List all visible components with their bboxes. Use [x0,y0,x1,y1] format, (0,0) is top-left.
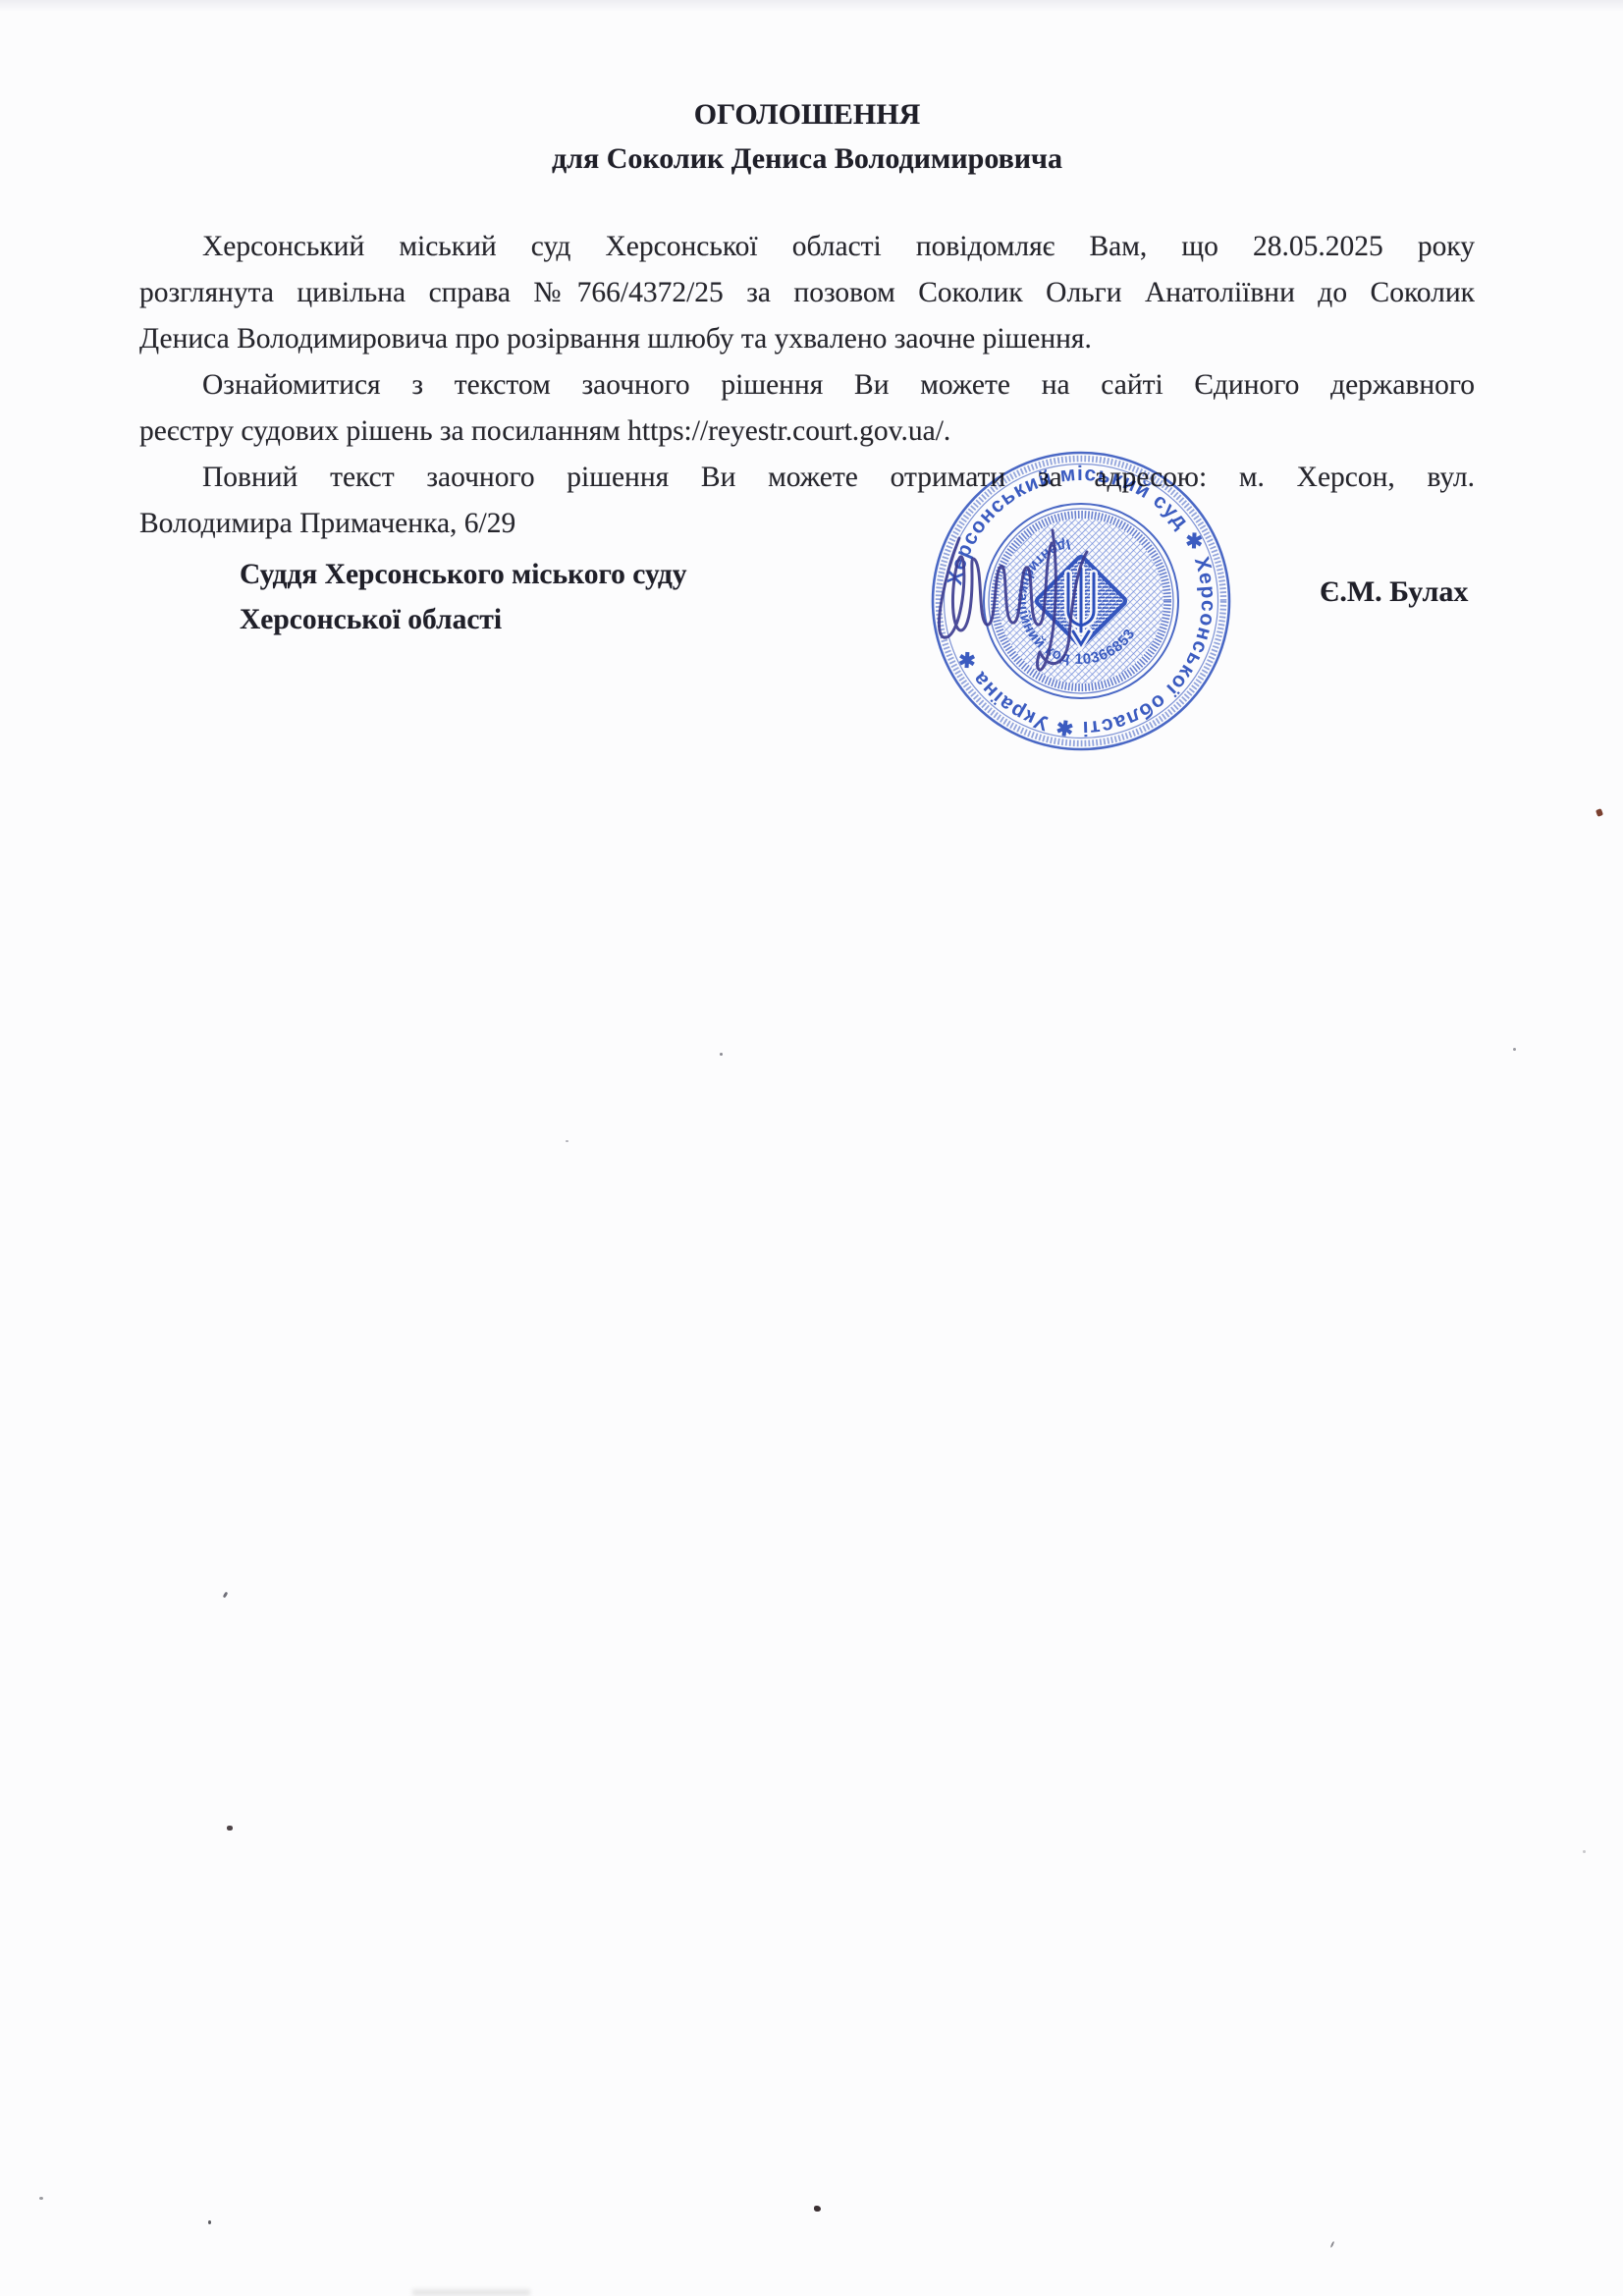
judge-role-line1: Суддя Херсонського міського суду [240,552,687,597]
body-line: Ознайомитися з текстом заочного рішення … [139,362,1475,409]
scanned-document-page: ОГОЛОШЕННЯ для Соколик Дениса Володимиро… [0,0,1623,2296]
body-line: Херсонський міський суд Херсонської обла… [139,224,1475,270]
judge-role: Суддя Херсонського міського суду Херсонс… [240,552,687,642]
document-title: ОГОЛОШЕННЯ [139,98,1475,132]
document-body: Херсонський міський суд Херсонської обла… [139,224,1475,547]
scan-speck [1513,1048,1516,1051]
body-line: Дениса Володимировича про розірвання шлю… [139,316,1475,362]
scan-speck [208,2220,211,2224]
scan-speck [223,1592,229,1599]
scan-speck [1330,2241,1335,2248]
scan-speck [39,2197,43,2200]
body-line: розглянута цивільна справа №766/4372/25 … [139,270,1475,316]
scan-speck [227,1826,233,1831]
scan-speck [1583,1850,1586,1853]
scan-speck [720,1053,723,1056]
body-line: Володимира Примаченка, 6/29 [139,501,1475,547]
body-line: реєстру судових рішень за посиланням htt… [139,409,1475,455]
court-stamp: Херсонський міський суд ✱ Херсонської об… [924,444,1238,758]
judge-role-line2: Херсонської області [240,597,687,642]
body-line: Повний текст заочного рішення Ви можете … [139,455,1475,501]
scan-speck [814,2206,821,2212]
scan-speck [566,1140,568,1142]
judge-name: Є.М. Булах [1320,575,1468,609]
scan-speck [1596,808,1603,817]
document-subtitle: для Соколик Дениса Володимировича [139,142,1475,176]
